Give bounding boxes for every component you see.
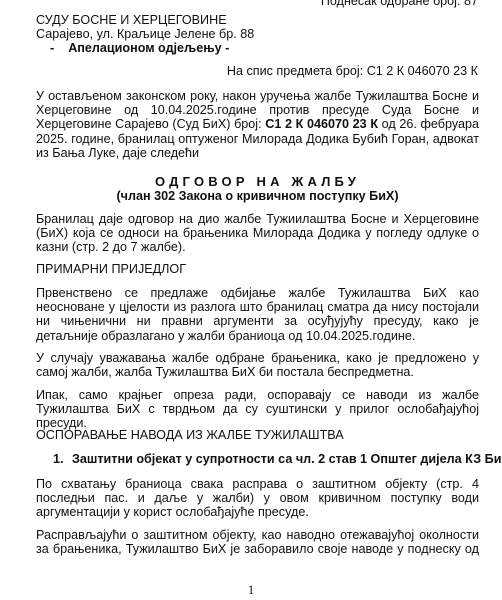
submission-number: Поднесак одбране број: 87 [321,0,478,8]
case-reference: На спис предмета број: С1 2 К 046070 23 … [227,64,478,78]
title-main: ОДГОВОР НА ЖАЛБУ [36,175,479,189]
paragraph-caution: Ипак, само крајњег опреза ради, оспорава… [36,388,479,431]
contest-heading: ОСПОРАВАЊЕ НАВОДА ИЗ ЖАЛБЕ ТУЖИЛАШТВА [36,428,344,442]
court-address-block: СУДУ БОСНЕ И ХЕРЦЕГОВИНЕ Сарајево, ул. К… [36,13,254,56]
department-name: Апелационом одјељењу - [68,41,229,55]
paragraph-protected-object: По схватању браниоца свака расправа о за… [36,477,479,520]
paragraph-primary-proposal: Првенствено се предлаже одбијање жалбе Т… [36,286,479,343]
page-number: 1 [0,583,502,597]
primary-proposal-heading: ПРИМАРНИ ПРИЈЕДЛОГ [36,262,186,276]
subsection-heading: 1.Заштитни објекат у супротности са чл. … [53,452,502,466]
department-line: - Апелационом одјељењу - [36,41,254,55]
department-dash: - [50,41,54,55]
paragraph-response-scope: Бранилац даје одговор на дио жалбе Тужии… [36,212,479,255]
court-address: Сарајево, ул. Краљице Јелене бр. 88 [36,27,254,41]
document-title: ОДГОВОР НА ЖАЛБУ (члан 302 Закона о крив… [36,175,479,203]
court-name: СУДУ БОСНЕ И ХЕРЦЕГОВИНЕ [36,13,254,27]
subsection-title: Заштитни објекат у супротности са чл. 2 … [72,452,502,466]
case-number-bold: С1 2 К 046070 23 К [265,117,378,131]
paragraph-appeal-accepted: У случају уважавања жалбе одбране брањен… [36,351,479,379]
title-sub: (члан 302 Закона о кривичном поступку Би… [36,189,479,203]
paragraph-aggravating: Расправљајући о заштитном објекту, као н… [36,528,479,556]
subsection-number: 1. [53,452,72,466]
intro-paragraph: У остављеном законском року, након уруче… [36,89,479,160]
